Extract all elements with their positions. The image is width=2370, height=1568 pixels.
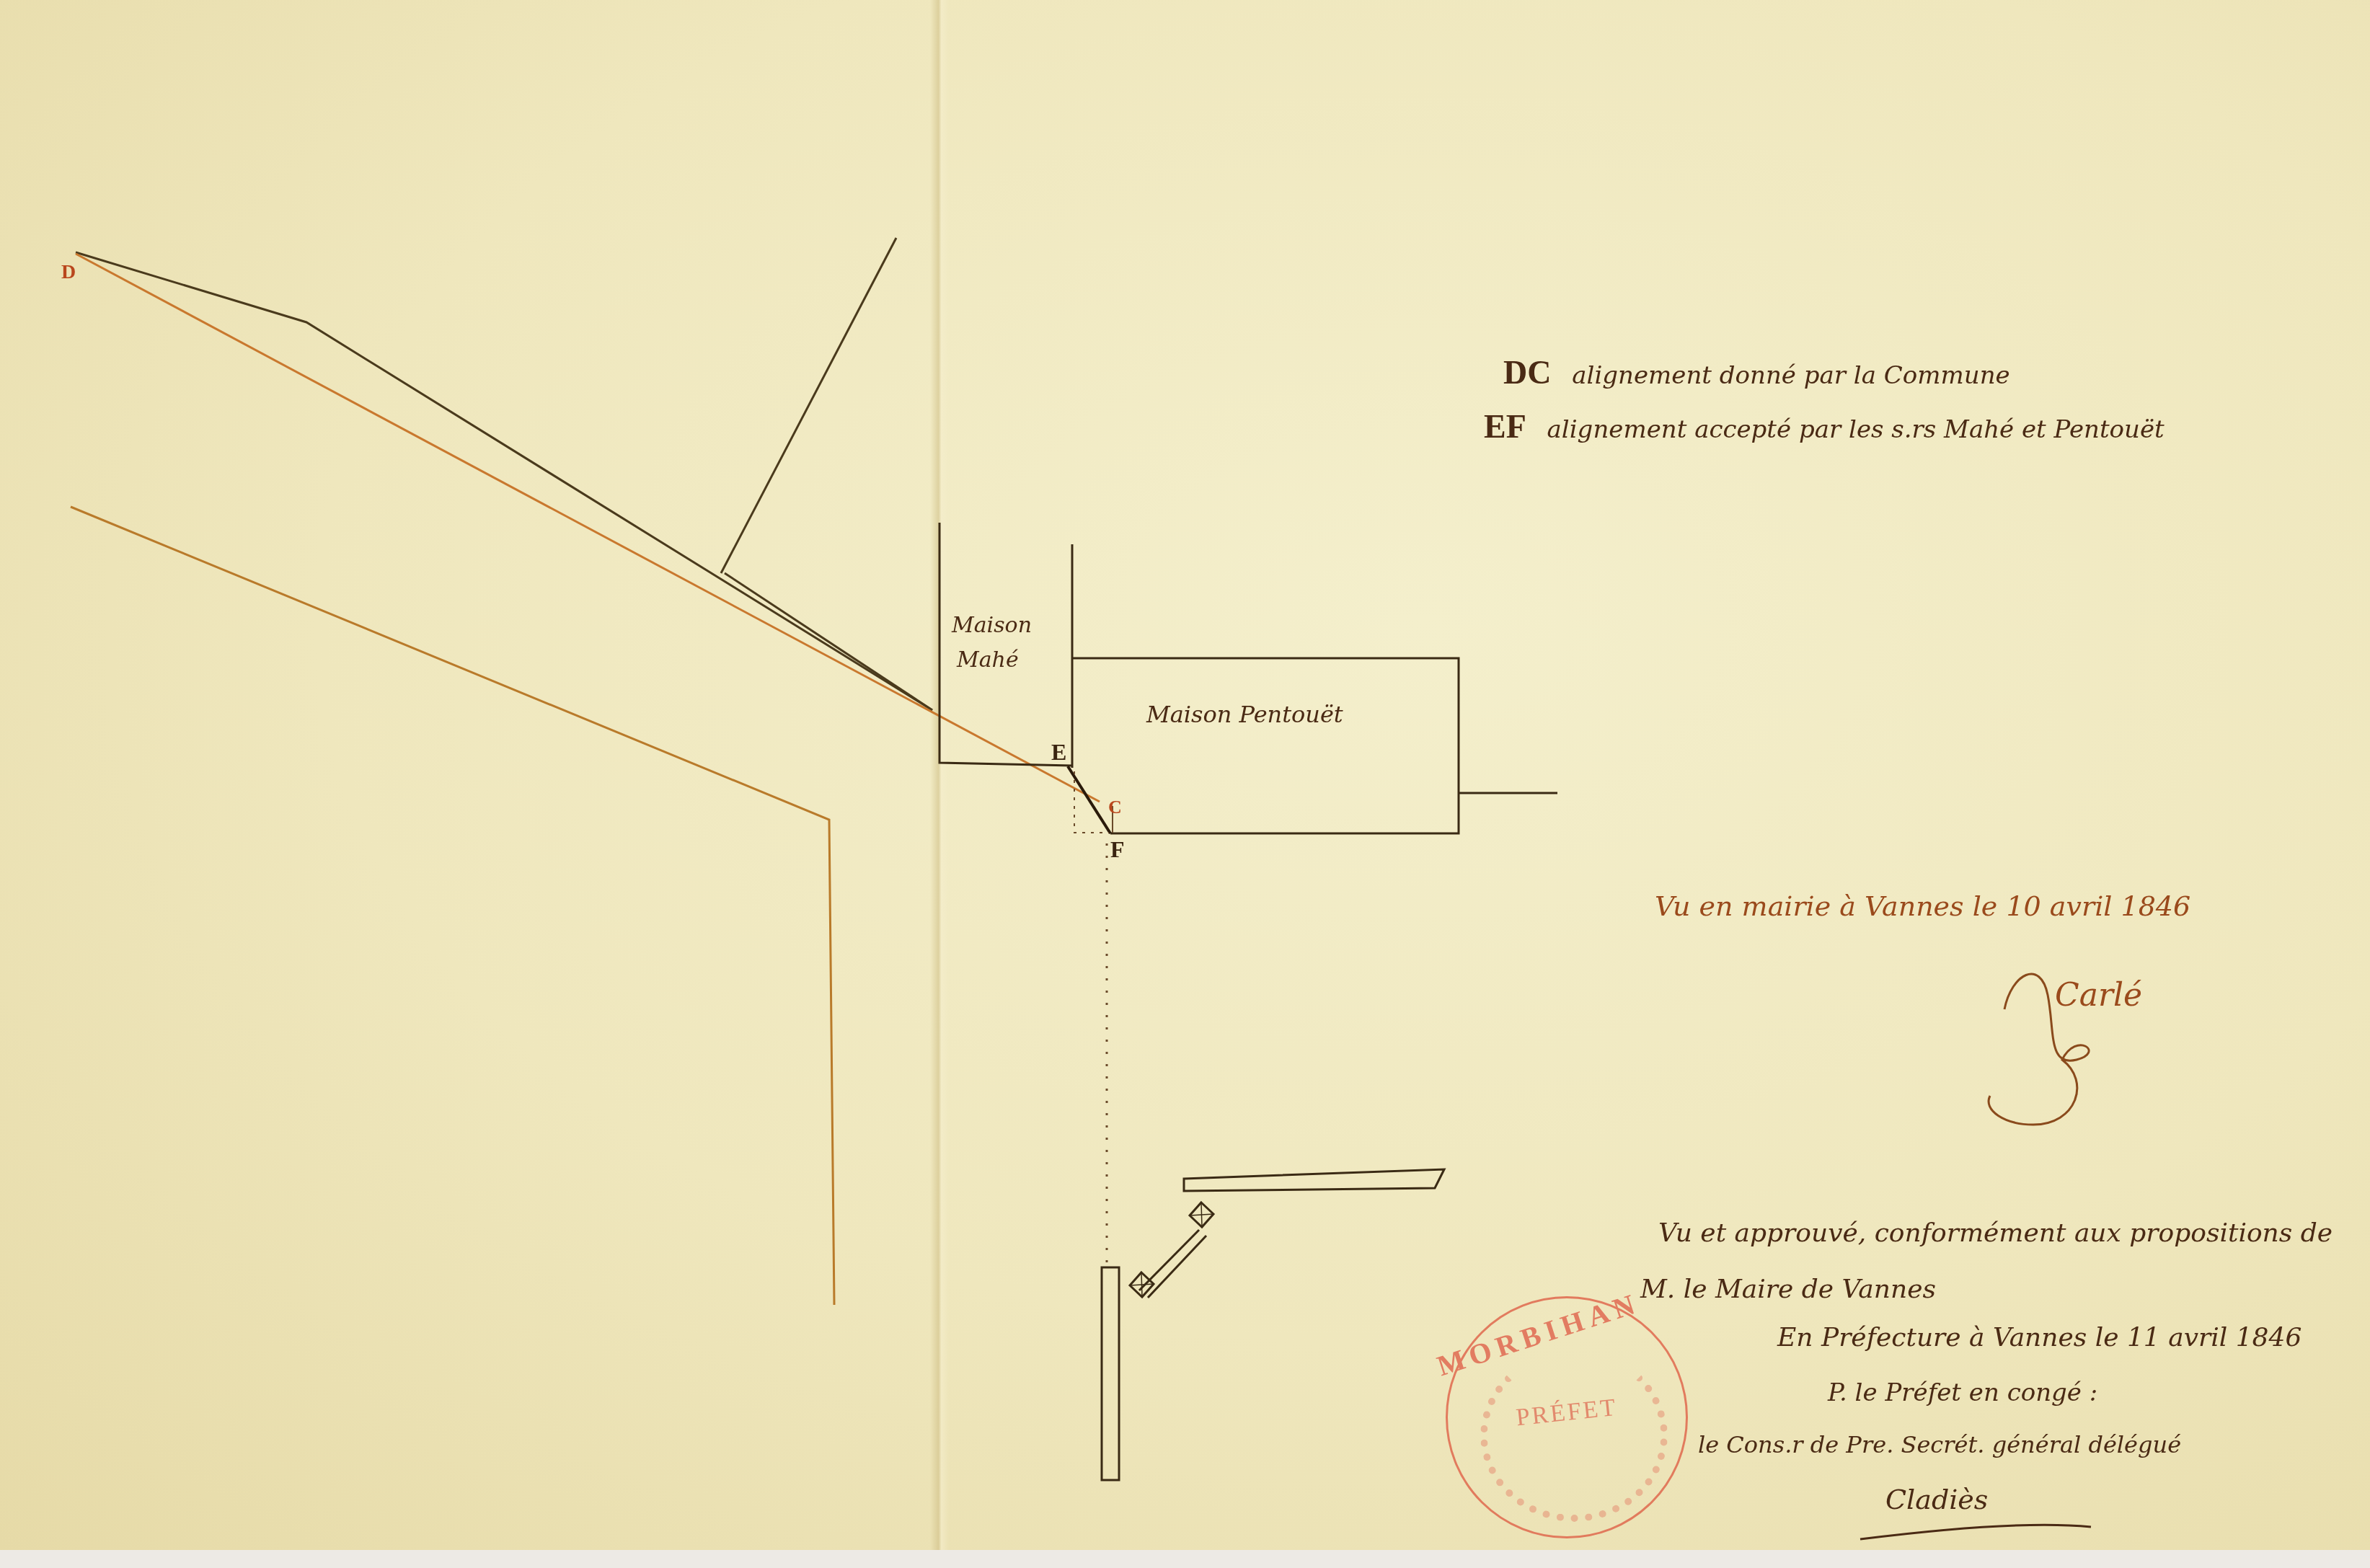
approval-line-4: P. le Préfet en congé : (1828, 1378, 2097, 1407)
mairie-signature: Carlé (2055, 977, 2142, 1014)
legend-item-DC: DC alignement donné par la Commune (1503, 353, 2010, 391)
prefect-stamp: MORBIHAN PRÉFET (1446, 1296, 1688, 1538)
mairie-annotation: Vu en mairie à Vannes le 10 avril 1846 (1655, 890, 2190, 922)
building-label-pentouet: Maison Pentouët (1146, 701, 1343, 728)
street-line-upper (76, 252, 932, 710)
point-label-C: C (1108, 797, 1122, 818)
approval-line-1: Vu et approuvé, conformément aux proposi… (1658, 1218, 2333, 1248)
approval-signature: Cladiès (1885, 1484, 1988, 1515)
point-label-E: E (1051, 739, 1066, 766)
point-label-F: F (1110, 836, 1125, 863)
maison-mahe-outline (939, 523, 1072, 766)
approval-line-3: En Préfecture à Vannes le 11 avril 1846 (1777, 1323, 2302, 1352)
street-line-diagonal (721, 238, 896, 573)
legend-item-EF: EF alignement accepté par les s.rs Mahé … (1484, 407, 2165, 446)
wreath-icon (1480, 1349, 1668, 1522)
gate-post-icon (1190, 1202, 1213, 1227)
street-line-parallel (725, 573, 932, 710)
legend-key-EF: EF (1484, 408, 1526, 445)
gate-bar-2 (1148, 1236, 1206, 1298)
point-label-D: D (61, 261, 76, 284)
gate-post-icon (1130, 1272, 1154, 1297)
lower-wall-vertical (1102, 1267, 1119, 1480)
building-label-mahe-line2: Mahé (957, 647, 1019, 673)
legend-key-DC: DC (1503, 354, 1551, 391)
building-label-mahe-line1: Maison (952, 613, 1032, 638)
gate-bar-1 (1139, 1230, 1199, 1290)
legend-text-EF: alignement accepté par les s.rs Mahé et … (1547, 415, 2165, 444)
street-line-lower (71, 507, 834, 1305)
lower-wall-horizontal (1184, 1169, 1444, 1191)
approval-line-5: le Cons.r de Pre. Secrét. général délégu… (1698, 1431, 2181, 1458)
legend-text-DC: alignement donné par la Commune (1572, 361, 2009, 390)
approval-line-2: M. le Maire de Vannes (1640, 1275, 1936, 1304)
maison-pentouet-outline (1072, 658, 1459, 833)
signature-underline (1860, 1525, 2091, 1539)
